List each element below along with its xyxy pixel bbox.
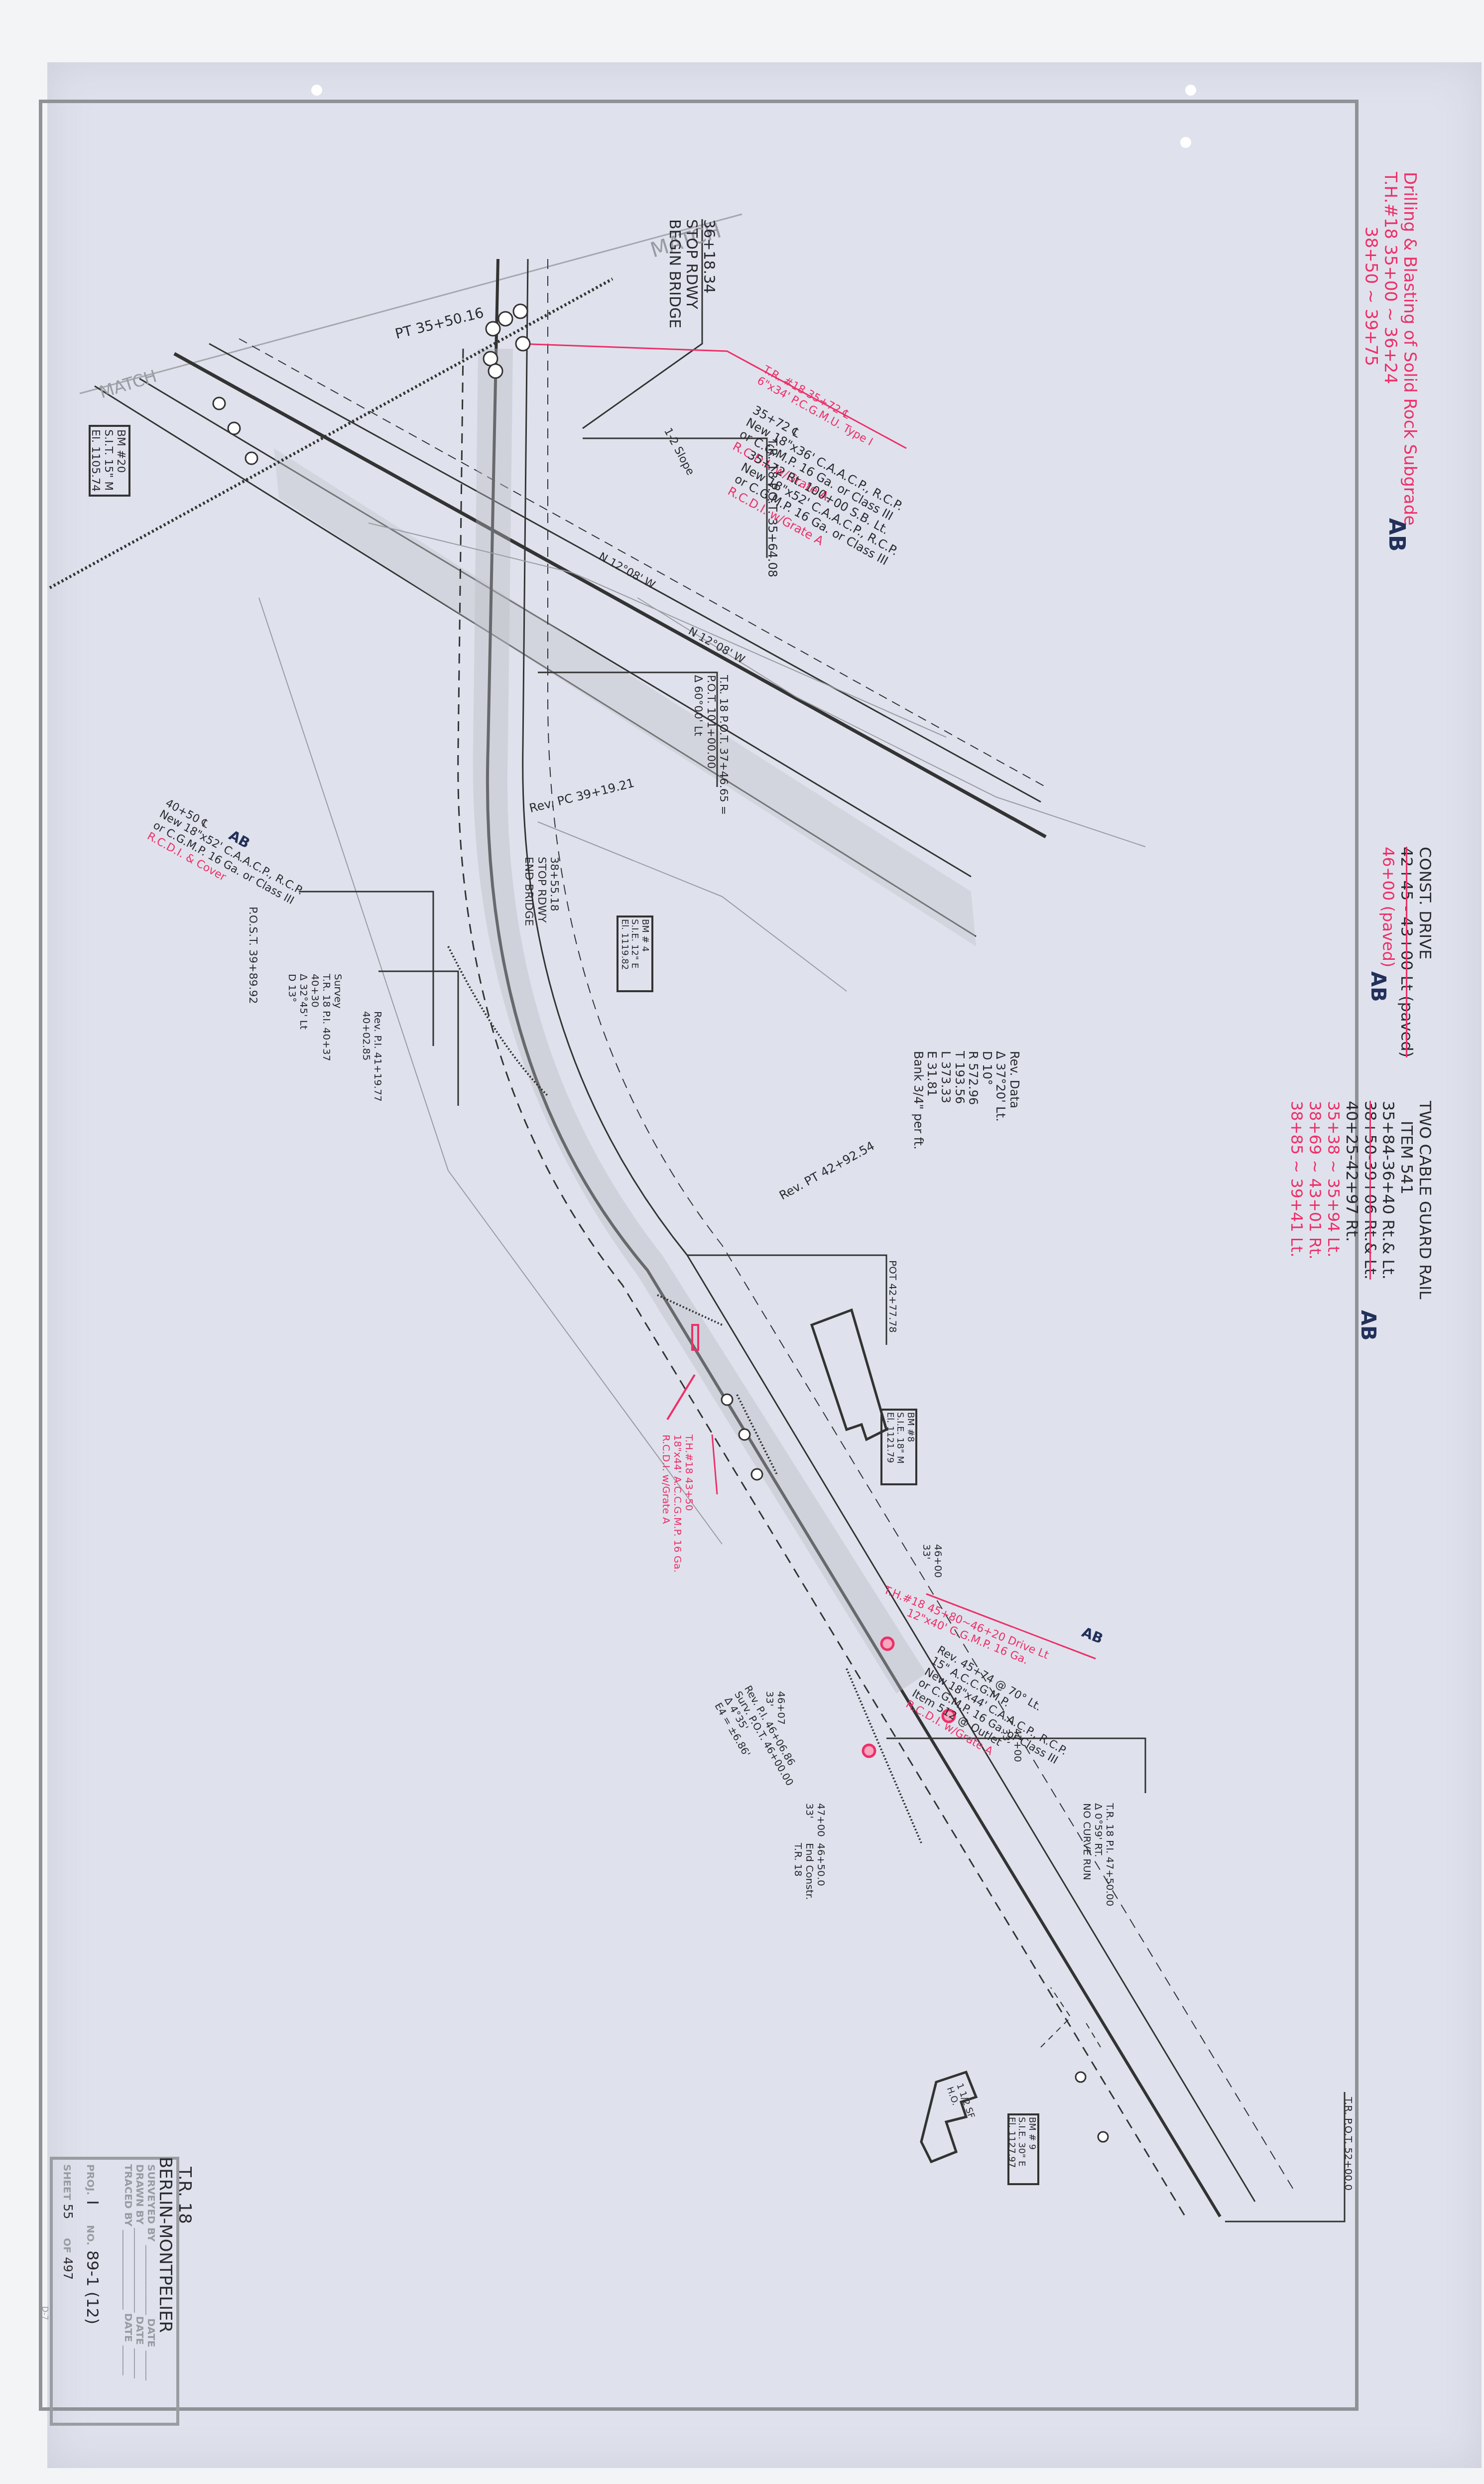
drilling-title: Drilling & Blasting of Solid Rock Subgra… — [1400, 172, 1419, 525]
rev-curve-data: Rev. Data Δ 37°20' Lt. D 10° R 572.96 T … — [911, 1051, 1021, 1150]
drilling-blasting-note: Drilling & Blasting of Solid Rock Subgra… — [1361, 172, 1419, 525]
bm20-label: BM #20 S.I.T. 15" M El. 1105.74 — [89, 429, 127, 492]
guard-rail-line2: 38+50-39+06 Rt.& Lt. — [1361, 1101, 1379, 1299]
bm8-label: BM #8 S.I.E. 18" M El. 1121.79 — [884, 1412, 915, 1463]
tr-pot-5200: T.R. P.O.T. 52+00.0 — [1343, 2097, 1355, 2191]
station-offset: 46+00 33' — [921, 1544, 944, 1578]
stop-rdwy-end-bridge: 38+55.18 STOP RDWY END BRIDGE — [522, 857, 560, 926]
const-drive-note: CONST. DRIVE 42+45 - 43+00 Lt (paved) 46… — [1379, 847, 1434, 1057]
rev-pi: Rev. P.I. 41+19.77 40+02.85 — [361, 1011, 383, 1102]
station-offset: 46+07 33' — [764, 1691, 787, 1725]
title-block-fields: SURVEYED BY ______________ DATE ______ D… — [123, 2164, 157, 2380]
guard-rail-line1: 35+84-36+40 Rt.& Lt. — [1379, 1101, 1398, 1299]
initials-mark: AB — [1384, 518, 1409, 552]
survey-pi: Survey T.R. 18 P.I. 40+37 40+30 Δ 32°45'… — [286, 974, 344, 1061]
sheet-index: D-7 — [40, 2306, 50, 2320]
station-offset: 47+00 33' — [1000, 1728, 1023, 1762]
plan-linework — [0, 0, 1484, 2484]
const-drive-line2: 46+00 (paved) — [1379, 847, 1398, 1057]
initials-mark: AB — [1357, 1310, 1379, 1340]
building — [812, 1310, 886, 1439]
culvert-4350-redline: T.H.#18 43+50 18"x44' A.C.C.G.M.P. 16 Ga… — [660, 1435, 695, 1572]
guard-rail-red2: 38+69 ~ 43+01 Rt. — [1306, 1101, 1324, 1299]
station-offset: 47+00 33' — [804, 1803, 827, 1837]
project-name: BERLIN-MONTPELIER — [155, 2157, 175, 2333]
title-block-heading: T.R. 18 BERLIN-MONTPELIER — [155, 2157, 194, 2333]
post-station: P.O.S.T. 39+89.92 — [247, 907, 259, 1004]
pi-4750: T.R. 18 P.I. 47+50.00 Δ 0°59' RT. NO CUR… — [1081, 1803, 1115, 1906]
const-drive-title: CONST. DRIVE — [1416, 847, 1434, 1057]
project-number: PROJ. I NO. 89-1 (12) — [83, 2164, 102, 2324]
guard-rail-red1: 35+38 ~ 35+94 Lt. — [1324, 1101, 1343, 1299]
guard-rail-item: ITEM 541 — [1397, 1101, 1416, 1299]
drilling-line1: T.H.#18 35+00 ~ 36+24 — [1380, 172, 1400, 525]
guard-rail-note: TWO CABLE GUARD RAIL ITEM 541 35+84-36+4… — [1288, 1101, 1434, 1299]
guard-rail-title: TWO CABLE GUARD RAIL — [1416, 1101, 1434, 1299]
guard-rail-line3: 40+25-42+97 Rt. — [1343, 1101, 1361, 1299]
bm9-label: BM # 9 S.I.E. 30" E El. 1127.97 — [1006, 2117, 1037, 2168]
sheet-number: SHEET 55 OF 497 — [61, 2164, 75, 2280]
stop-rdwy-begin-bridge: 36+18.34 STOP RDWY BEGIN BRIDGE — [666, 219, 718, 328]
bm4-label: BM # 4 S.I.E. 12" E El. 1119.82 — [619, 919, 650, 970]
pot-4277: POT 42+77.78 — [887, 1260, 899, 1333]
match-line — [80, 214, 742, 393]
drilling-line2: 38+50 ~ 39+75 — [1361, 172, 1380, 525]
route-label: T.R. 18 — [175, 2157, 194, 2333]
const-drive-line1: 42+45 - 43+00 Lt (paved) — [1397, 847, 1416, 1057]
end-construction: 46+50.0 End Constr. T.R. 18 — [792, 1843, 827, 1900]
initials-mark: AB — [1366, 971, 1389, 1002]
pot-3746: T.R. 18 P.O.T. 37+46.65 = P.O.T. 101+00.… — [692, 675, 730, 815]
guard-rail-red3: 38+85 ~ 39+41 Lt. — [1288, 1101, 1306, 1299]
